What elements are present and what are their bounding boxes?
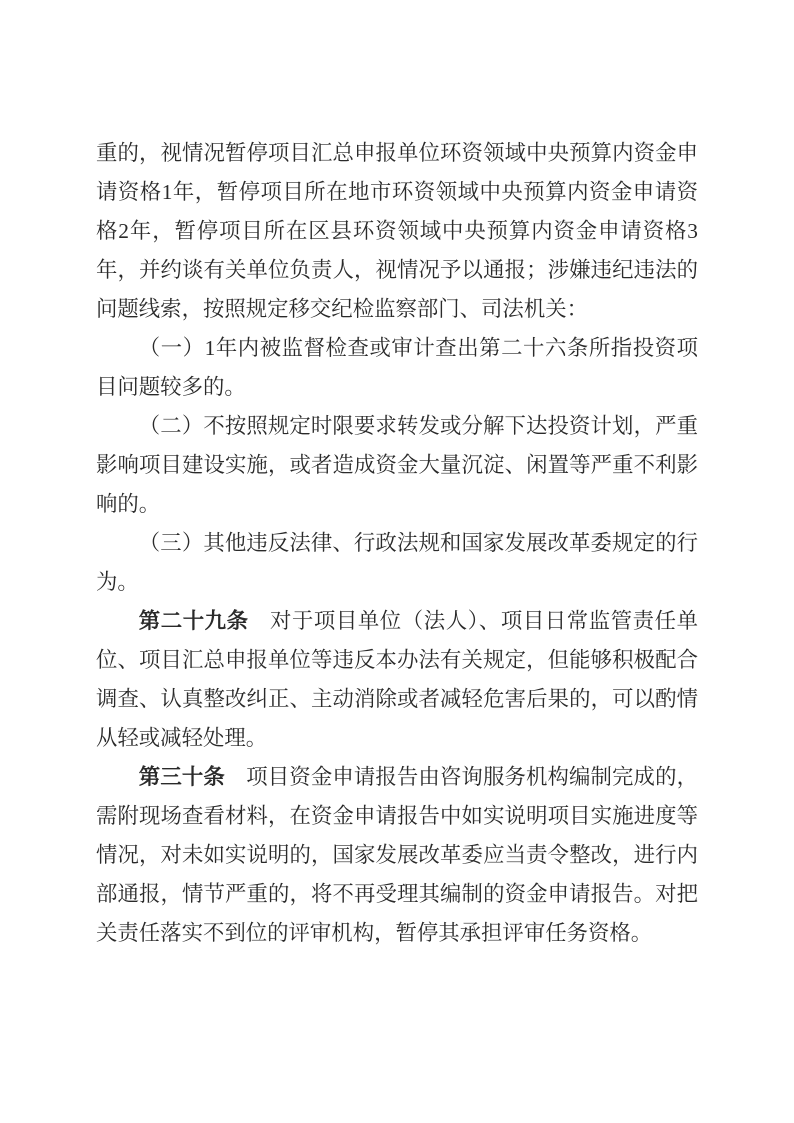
paragraph-text: 重的，视情况暂停项目汇总申报单位环资领域中央预算内资金申请资格1年，暂停项目所在…	[96, 141, 698, 321]
paragraph-text: （一）1年内被监督检查或审计查出第二十六条所指投资项目问题较多的。	[96, 336, 698, 399]
paragraph-item-3: （三）其他违反法律、行政法规和国家发展改革委规定的行为。	[96, 524, 698, 602]
paragraph-item-1: （一）1年内被监督检查或审计查出第二十六条所指投资项目问题较多的。	[96, 329, 698, 407]
paragraph-article-30: 第三十条项目资金申请报告由咨询服务机构编制完成的，需附现场查看材料，在资金申请报…	[96, 758, 698, 953]
paragraph-text: （二）不按照规定时限要求转发或分解下达投资计划，严重影响项目建设实施，或者造成资…	[96, 414, 698, 516]
article-30-number: 第三十条	[139, 765, 225, 789]
document-page: 重的，视情况暂停项目汇总申报单位环资领域中央预算内资金申请资格1年，暂停项目所在…	[0, 0, 794, 1123]
paragraph-article-29: 第二十九条对于项目单位（法人）、项目日常监管责任单位、项目汇总申报单位等违反本办…	[96, 602, 698, 758]
paragraph-text: 项目资金申请报告由咨询服务机构编制完成的，需附现场查看材料，在资金申请报告中如实…	[96, 765, 698, 945]
paragraph-text: （三）其他违反法律、行政法规和国家发展改革委规定的行为。	[96, 531, 698, 594]
text-block: 重的，视情况暂停项目汇总申报单位环资领域中央预算内资金申请资格1年，暂停项目所在…	[96, 134, 698, 953]
article-29-number: 第二十九条	[139, 609, 249, 633]
paragraph-item-2: （二）不按照规定时限要求转发或分解下达投资计划，严重影响项目建设实施，或者造成资…	[96, 407, 698, 524]
paragraph-clause-continuation: 重的，视情况暂停项目汇总申报单位环资领域中央预算内资金申请资格1年，暂停项目所在…	[96, 134, 698, 329]
